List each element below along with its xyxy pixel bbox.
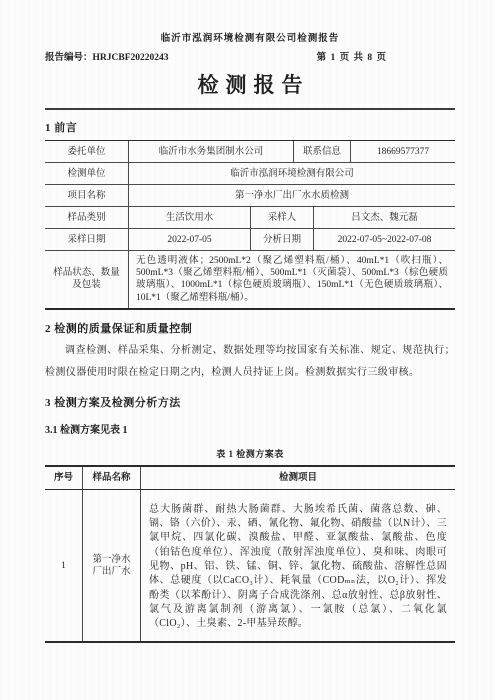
sample-state-value: 无色透明液体；2500mL*2（聚乙烯塑料瓶/桶）、40mL*1（吹扫瓶）、50… (128, 251, 455, 308)
test-items-cell: 总大肠菌群、耐热大肠菌群、大肠埃希氏菌、菌落总数、砷、镉、铬（六价）、汞、硒、氰… (140, 490, 455, 642)
table-row: 样品状态、数量及包装 无色透明液体；2500mL*2（聚乙烯塑料瓶/桶）、40m… (45, 251, 455, 308)
analysis-date-label: 分析日期 (250, 229, 313, 250)
table-row: 委托单位 临沂市水务集团制水公司 联系信息 18669577377 (45, 141, 455, 163)
document-title: 检测报告 (45, 69, 455, 99)
running-header-meta: 报告编号：HRJCBF20220243 第 1 页 共 8 页 (45, 49, 455, 63)
col-header-sample-name: 样品名称 (82, 467, 140, 489)
plan-table-data-row: 1 第一净水厂出厂水 总大肠菌群、耐热大肠菌群、大肠埃希氏菌、菌落总数、砷、镉、… (45, 490, 455, 642)
plan-table-header-row: 序号 样品名称 检测项目 (45, 467, 455, 490)
section1-heading: 1 前言 (45, 119, 455, 135)
project-name-value: 第一净水厂出厂水水质检测 (128, 185, 455, 206)
sample-name-cell: 第一净水厂出厂水 (82, 490, 140, 642)
sampling-date-label: 采样日期 (45, 229, 128, 250)
col-header-serial: 序号 (45, 467, 82, 489)
sample-category-value: 生活饮用水 (128, 207, 250, 228)
section2-paragraph: 调查检测、样品采集、分析测定、数据处理等均按国家有关标准、规定、规范执行；检测仪… (45, 340, 455, 384)
testing-unit-value: 临沂市泓润环境检测有限公司 (128, 163, 455, 184)
running-header-company: 临沂市泓润环境检测有限公司检测报告 (45, 30, 455, 44)
col-header-test-items: 检测项目 (140, 467, 455, 489)
preface-table: 委托单位 临沂市水务集团制水公司 联系信息 18669577377 检测单位 临… (45, 140, 455, 310)
plan-table-caption: 表 1 检测方案表 (45, 447, 455, 460)
sampler-value: 吕文杰、魏元磊 (313, 207, 455, 228)
section3-heading: 3 检测方案及检测分析方法 (45, 394, 455, 410)
sample-state-label: 样品状态、数量及包装 (45, 251, 128, 308)
sample-category-label: 样品类别 (45, 207, 128, 228)
sampler-label: 采样人 (250, 207, 313, 228)
table-row: 项目名称 第一净水厂出厂水水质检测 (45, 185, 455, 207)
testing-unit-label: 检测单位 (45, 163, 128, 184)
sampling-date-value: 2022-07-05 (128, 229, 250, 250)
report-page: 临沂市泓润环境检测有限公司检测报告 报告编号：HRJCBF20220243 第 … (0, 0, 495, 700)
page-number-info: 第 1 页 共 8 页 (317, 49, 387, 63)
client-unit-value: 临沂市水务集团制水公司 (128, 141, 293, 162)
project-name-label: 项目名称 (45, 185, 128, 206)
analysis-date-value: 2022-07-05~2022-07-08 (313, 229, 455, 250)
page-content: 临沂市泓润环境检测有限公司检测报告 报告编号：HRJCBF20220243 第 … (45, 30, 455, 643)
report-number: 报告编号：HRJCBF20220243 (45, 49, 169, 63)
contact-info-value: 18669577377 (350, 141, 455, 162)
serial-number-cell: 1 (45, 490, 82, 642)
table-row: 样品类别 生活饮用水 采样人 吕文杰、魏元磊 (45, 207, 455, 229)
contact-info-label: 联系信息 (293, 141, 350, 162)
client-unit-label: 委托单位 (45, 141, 128, 162)
table-row: 采样日期 2022-07-05 分析日期 2022-07-05~2022-07-… (45, 229, 455, 251)
title-divider-rule (45, 108, 455, 110)
table-row: 检测单位 临沂市泓润环境检测有限公司 (45, 163, 455, 185)
section2-heading: 2 检测的质量保证和质量控制 (45, 320, 455, 336)
section3-subheading: 3.1 检测方案见表 1 (45, 421, 455, 436)
plan-table: 序号 样品名称 检测项目 1 第一净水厂出厂水 总大肠菌群、耐热大肠菌群、大肠埃… (45, 465, 455, 644)
